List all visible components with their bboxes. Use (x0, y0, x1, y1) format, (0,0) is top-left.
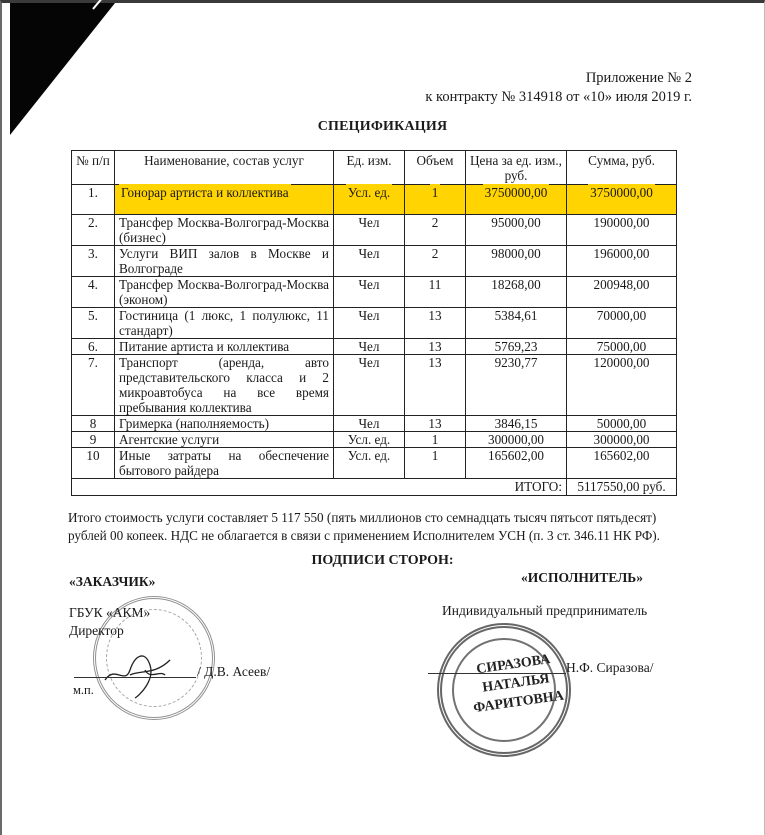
row-name: Гонорар артиста и коллектива (115, 185, 334, 215)
row-qty: 13 (405, 339, 466, 355)
row-sum: 120000,00 (567, 355, 677, 416)
row-sum: 196000,00 (567, 246, 677, 277)
table-row: 8Гримерка (наполняемость)Чел133846,15500… (72, 416, 677, 432)
contractor-org: Индивидуальный предприниматель (442, 603, 647, 619)
contractor-signature-line (428, 673, 566, 674)
row-unit: Чел (334, 339, 405, 355)
table-row: 6.Питание артиста и коллективаЧел135769,… (72, 339, 677, 355)
row-num: 3. (72, 246, 115, 277)
row-qty: 11 (405, 277, 466, 308)
row-unit: Чел (334, 246, 405, 277)
annex-number: Приложение № 2 (425, 69, 692, 88)
table-row: 7.Транспорт (аренда, авто представительс… (72, 355, 677, 416)
table-row: 1.Гонорар артиста и коллективаУсл. ед.13… (72, 185, 677, 215)
row-name: Транспорт (аренда, авто представительско… (115, 355, 334, 416)
folded-corner-shadow (10, 3, 115, 135)
row-num: 8 (72, 416, 115, 432)
row-unit: Чел (334, 355, 405, 416)
row-price: 300000,00 (466, 432, 567, 448)
row-price: 9230,77 (466, 355, 567, 416)
contractor-label: «ИСПОЛНИТЕЛЬ» (521, 570, 643, 586)
header-sum: Сумма, руб. (567, 151, 677, 185)
row-sum: 50000,00 (567, 416, 677, 432)
annex-header: Приложение № 2 к контракту № 314918 от «… (425, 69, 692, 107)
signatures-title: ПОДПИСИ СТОРОН: (0, 553, 765, 569)
summary-line-1: Итого стоимость услуги составляет 5 117 … (68, 509, 688, 527)
row-name: Гостиница (1 люкс, 1 полулюкс, 11 станда… (115, 308, 334, 339)
total-label: ИТОГО: (72, 479, 567, 496)
contract-reference: к контракту № 314918 от «10» июля 2019 г… (425, 88, 692, 107)
header-price: Цена за ед. изм., руб. (466, 151, 567, 185)
row-unit: Чел (334, 416, 405, 432)
row-qty: 13 (405, 308, 466, 339)
total-value: 5117550,00 руб. (567, 479, 677, 496)
header-name: Наименование, состав услуг (115, 151, 334, 185)
row-sum: 3750000,00 (567, 185, 677, 215)
table-row: 3.Услуги ВИП залов в Москве и Волгограде… (72, 246, 677, 277)
row-sum: 200948,00 (567, 277, 677, 308)
table-row: 9Агентские услугиУсл. ед.1300000,0030000… (72, 432, 677, 448)
row-price: 165602,00 (466, 448, 567, 479)
customer-signatory-name: / Д.В. Асеев/ (197, 664, 270, 680)
row-qty: 2 (405, 246, 466, 277)
row-num: 2. (72, 215, 115, 246)
customer-seal-mark: м.п. (73, 683, 94, 698)
row-num: 5. (72, 308, 115, 339)
row-price: 95000,00 (466, 215, 567, 246)
header-qty: Объем (405, 151, 466, 185)
row-price: 5384,61 (466, 308, 567, 339)
row-name: Трансфер Москва-Волгоград-Москва (эконом… (115, 277, 334, 308)
row-name: Питание артиста и коллектива (115, 339, 334, 355)
row-qty: 1 (405, 185, 466, 215)
row-unit: Чел (334, 277, 405, 308)
contractor-signatory-name: Н.Ф. Сиразова/ (566, 660, 653, 676)
row-num: 4. (72, 277, 115, 308)
row-qty: 2 (405, 215, 466, 246)
row-num: 7. (72, 355, 115, 416)
row-name: Иные затраты на обеспечение бытового рай… (115, 448, 334, 479)
table-row: 10Иные затраты на обеспечение бытового р… (72, 448, 677, 479)
row-price: 3846,15 (466, 416, 567, 432)
customer-signature-line (74, 677, 196, 678)
row-unit: Чел (334, 215, 405, 246)
table-row: 2.Трансфер Москва-Волгоград-Москва (бизн… (72, 215, 677, 246)
row-price: 3750000,00 (466, 185, 567, 215)
row-qty: 1 (405, 432, 466, 448)
row-unit: Усл. ед. (334, 448, 405, 479)
row-num: 1. (72, 185, 115, 215)
customer-signature-icon (100, 640, 180, 700)
table-row: 4.Трансфер Москва-Волгоград-Москва (экон… (72, 277, 677, 308)
row-num: 6. (72, 339, 115, 355)
row-unit: Чел (334, 308, 405, 339)
row-name: Трансфер Москва-Волгоград-Москва (бизнес… (115, 215, 334, 246)
header-num: № п/п (72, 151, 115, 185)
table-row: 5.Гостиница (1 люкс, 1 полулюкс, 11 стан… (72, 308, 677, 339)
header-unit: Ед. изм. (334, 151, 405, 185)
customer-label: «ЗАКАЗЧИК» (69, 574, 155, 590)
cost-summary: Итого стоимость услуги составляет 5 117 … (68, 509, 688, 545)
customer-position: Директор (69, 622, 150, 640)
row-num: 9 (72, 432, 115, 448)
row-num: 10 (72, 448, 115, 479)
row-sum: 75000,00 (567, 339, 677, 355)
customer-details: ГБУК «АКМ» Директор (69, 604, 150, 640)
summary-line-2: рублей 00 копеек. НДС не облагается в св… (68, 527, 688, 545)
row-price: 18268,00 (466, 277, 567, 308)
total-row: ИТОГО: 5117550,00 руб. (72, 479, 677, 496)
row-sum: 300000,00 (567, 432, 677, 448)
row-price: 98000,00 (466, 246, 567, 277)
row-sum: 70000,00 (567, 308, 677, 339)
specification-table: № п/п Наименование, состав услуг Ед. изм… (71, 150, 677, 496)
table-header-row: № п/п Наименование, состав услуг Ед. изм… (72, 151, 677, 185)
row-name: Гримерка (наполняемость) (115, 416, 334, 432)
customer-org: ГБУК «АКМ» (69, 604, 150, 622)
row-name: Агентские услуги (115, 432, 334, 448)
row-qty: 13 (405, 355, 466, 416)
row-unit: Усл. ед. (334, 185, 405, 215)
row-qty: 13 (405, 416, 466, 432)
row-qty: 1 (405, 448, 466, 479)
document-title: СПЕЦИФИКАЦИЯ (0, 119, 765, 135)
row-sum: 190000,00 (567, 215, 677, 246)
row-price: 5769,23 (466, 339, 567, 355)
row-name: Услуги ВИП залов в Москве и Волгограде (115, 246, 334, 277)
row-sum: 165602,00 (567, 448, 677, 479)
row-unit: Усл. ед. (334, 432, 405, 448)
